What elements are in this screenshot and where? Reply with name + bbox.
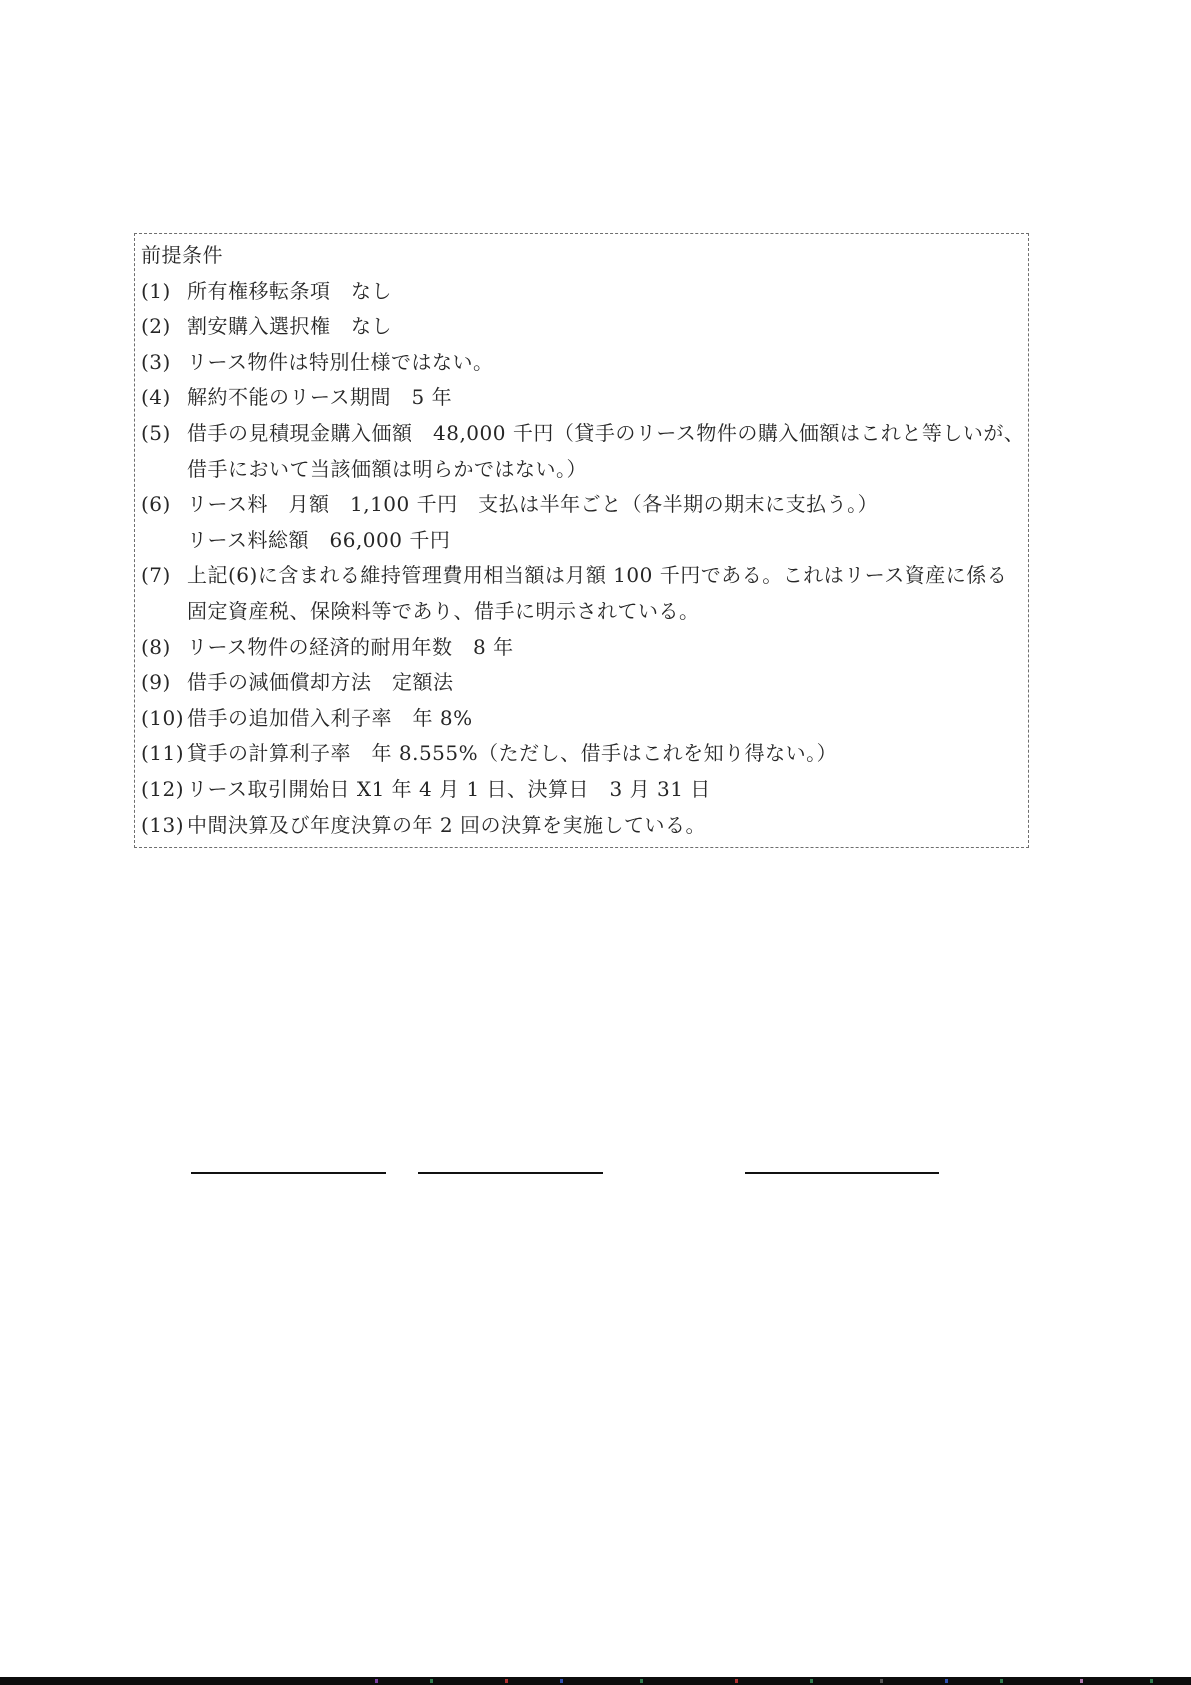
item-text: 借手において当該価額は明らかではない。） xyxy=(187,457,587,481)
list-item: (11)貸手の計算利子率 年 8.555%（ただし、借手はこれを知り得ない。） xyxy=(141,736,1022,772)
signature-line-1 xyxy=(191,1172,386,1174)
scan-noise-speck xyxy=(945,1679,948,1683)
list-item: (3)リース物件は特別仕様ではない。 xyxy=(141,345,1022,381)
scan-noise-speck xyxy=(1000,1679,1003,1683)
list-item: (5)借手の見積現金購入価額 48,000 千円（貸手のリース物件の購入価額はこ… xyxy=(141,416,1022,452)
item-text: リース料総額 66,000 千円 xyxy=(187,528,450,552)
item-number: (5) xyxy=(141,416,187,452)
list-item: (8)リース物件の経済的耐用年数 8 年 xyxy=(141,630,1022,666)
item-text: 解約不能のリース期間 5 年 xyxy=(187,385,452,409)
list-item: (6)リース料 月額 1,100 千円 支払は半年ごと（各半期の期末に支払う。） xyxy=(141,487,1022,523)
list-item-continuation: 借手において当該価額は明らかではない。） xyxy=(141,452,1022,488)
list-item-continuation: 固定資産税、保険料等であり、借手に明示されている。 xyxy=(141,594,1022,630)
item-number: (12) xyxy=(141,772,187,808)
list-item: (12)リース取引開始日 X1 年 4 月 1 日、決算日 3 月 31 日 xyxy=(141,772,1022,808)
item-text: リース料 月額 1,100 千円 支払は半年ごと（各半期の期末に支払う。） xyxy=(187,492,878,516)
item-number: (13) xyxy=(141,808,187,844)
scan-noise-speck xyxy=(1080,1679,1083,1683)
scan-noise-speck xyxy=(810,1679,813,1683)
scan-noise-speck xyxy=(560,1679,563,1683)
item-text: リース物件の経済的耐用年数 8 年 xyxy=(187,635,514,659)
signature-line-2 xyxy=(418,1172,603,1174)
scan-noise-speck xyxy=(375,1679,378,1683)
scan-noise-speck xyxy=(505,1679,508,1683)
item-number: (8) xyxy=(141,630,187,666)
list-item: (10)借手の追加借入利子率 年 8% xyxy=(141,701,1022,737)
item-text: 固定資産税、保険料等であり、借手に明示されている。 xyxy=(187,599,700,623)
item-text: 貸手の計算利子率 年 8.555%（ただし、借手はこれを知り得ない。） xyxy=(187,741,837,765)
item-text: リース取引開始日 X1 年 4 月 1 日、決算日 3 月 31 日 xyxy=(187,777,711,801)
list-item: (9)借手の減価償却方法 定額法 xyxy=(141,665,1022,701)
scan-noise-speck xyxy=(1150,1679,1153,1683)
item-text: 中間決算及び年度決算の年 2 回の決算を実施している。 xyxy=(187,813,706,837)
list-item: (7)上記(6)に含まれる維持管理費用相当額は月額 100 千円である。これはリ… xyxy=(141,558,1022,594)
scan-noise-speck xyxy=(640,1679,643,1683)
item-text: リース物件は特別仕様ではない。 xyxy=(187,350,494,374)
list-item: (2)割安購入選択権 なし xyxy=(141,309,1022,345)
item-number: (11) xyxy=(141,736,187,772)
list-item-continuation: リース料総額 66,000 千円 xyxy=(141,523,1022,559)
item-number: (10) xyxy=(141,701,187,737)
item-number: (4) xyxy=(141,380,187,416)
item-number: (2) xyxy=(141,309,187,345)
document-page: 前提条件 (1)所有権移転条項 なし(2)割安購入選択権 なし(3)リース物件は… xyxy=(0,0,1191,1685)
signature-line-3 xyxy=(745,1172,939,1174)
precondition-list: (1)所有権移転条項 なし(2)割安購入選択権 なし(3)リース物件は特別仕様で… xyxy=(141,274,1022,844)
item-number: (6) xyxy=(141,487,187,523)
item-number: (3) xyxy=(141,345,187,381)
scan-noise-speck xyxy=(430,1679,433,1683)
box-title: 前提条件 xyxy=(141,238,1022,274)
precondition-box: 前提条件 (1)所有権移転条項 なし(2)割安購入選択権 なし(3)リース物件は… xyxy=(134,233,1029,848)
list-item: (13)中間決算及び年度決算の年 2 回の決算を実施している。 xyxy=(141,808,1022,844)
item-number: (9) xyxy=(141,665,187,701)
item-text: 所有権移転条項 なし xyxy=(187,279,392,303)
scan-noise-speck xyxy=(735,1679,738,1683)
list-item: (4)解約不能のリース期間 5 年 xyxy=(141,380,1022,416)
item-number: (1) xyxy=(141,274,187,310)
item-text: 借手の追加借入利子率 年 8% xyxy=(187,706,473,730)
item-number: (7) xyxy=(141,558,187,594)
scan-noise-speck xyxy=(880,1679,883,1683)
item-text: 上記(6)に含まれる維持管理費用相当額は月額 100 千円である。これはリース資… xyxy=(187,563,1007,587)
list-item: (1)所有権移転条項 なし xyxy=(141,274,1022,310)
bottom-scan-band xyxy=(0,1677,1191,1685)
item-text: 借手の見積現金購入価額 48,000 千円（貸手のリース物件の購入価額はこれと等… xyxy=(187,421,1024,445)
item-text: 借手の減価償却方法 定額法 xyxy=(187,670,454,694)
item-text: 割安購入選択権 なし xyxy=(187,314,392,338)
